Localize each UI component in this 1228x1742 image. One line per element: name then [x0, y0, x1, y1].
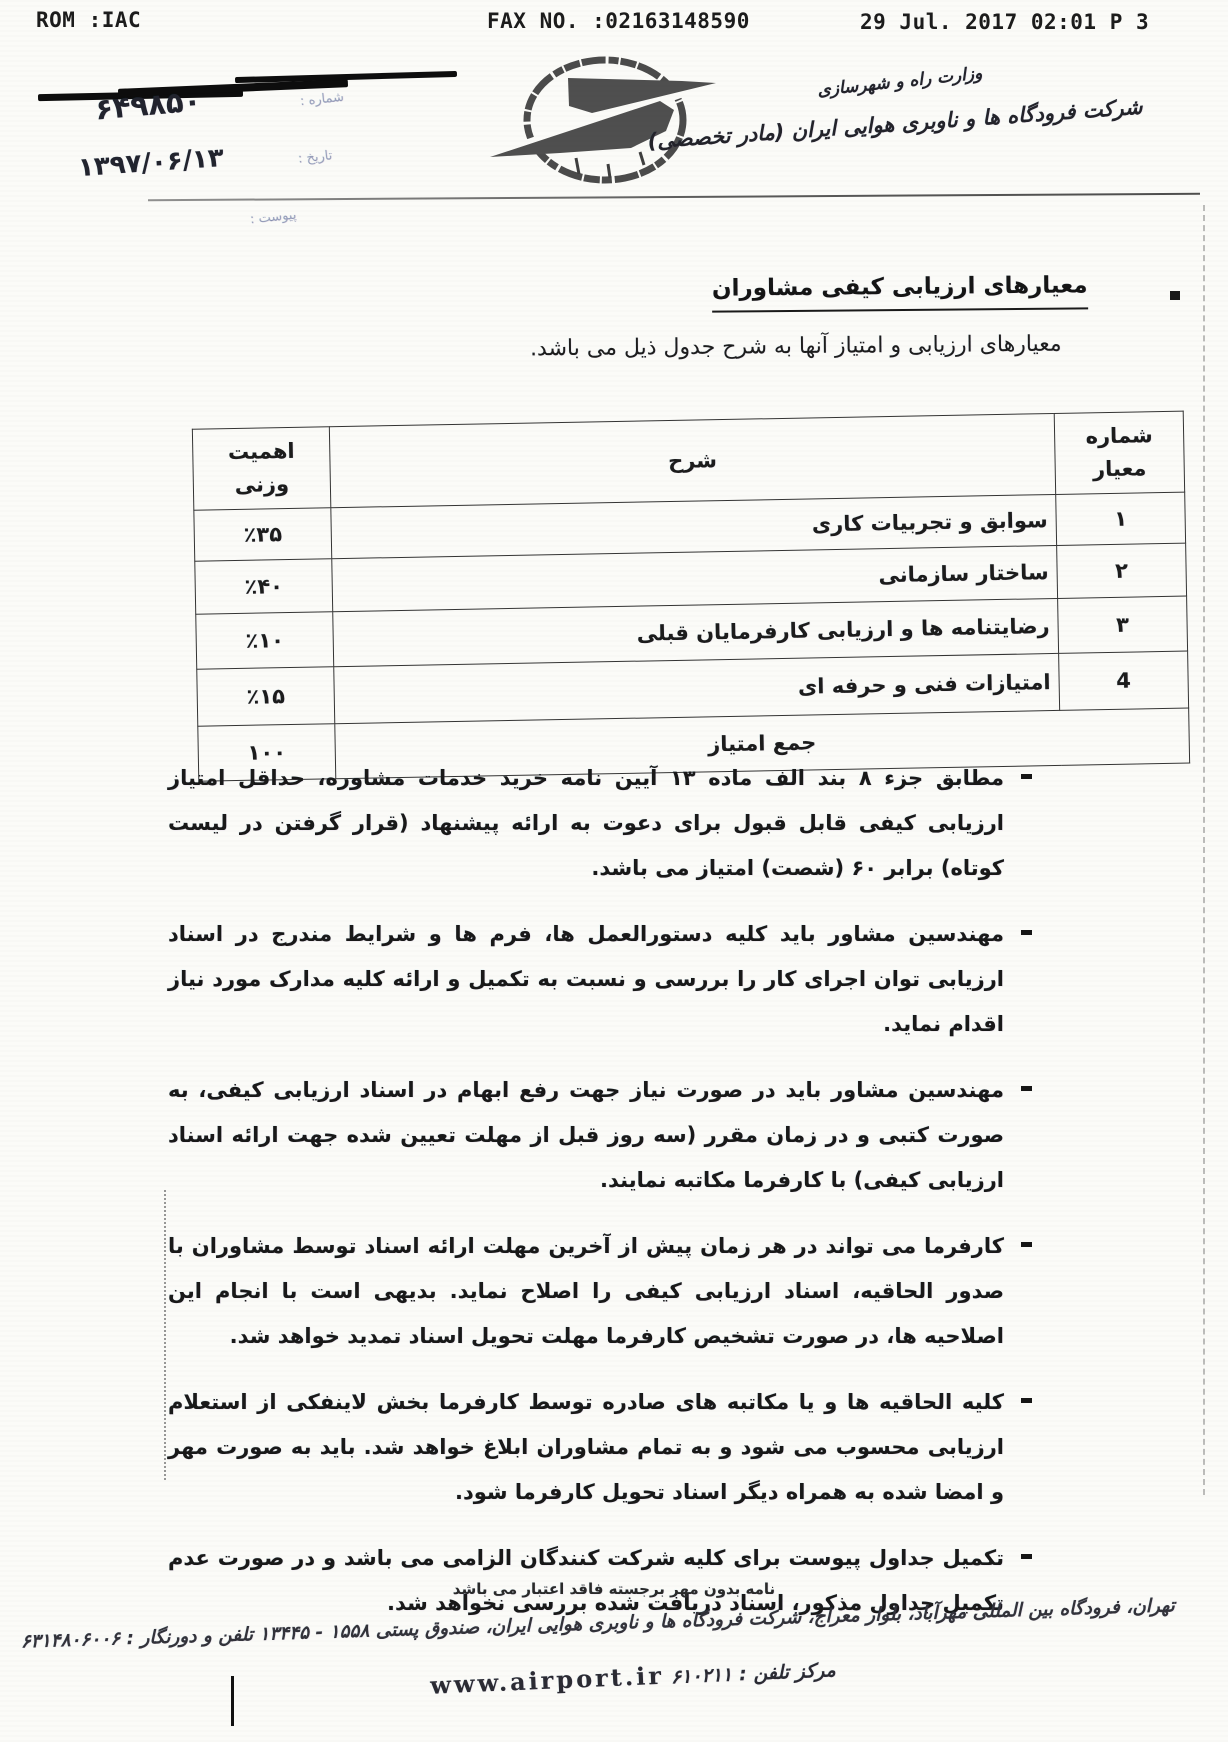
handwritten-letter-date: ۱۳۹۷/۰۶/۱۳ — [77, 143, 225, 183]
stamp-date-label: تاریخ : — [297, 148, 333, 167]
row4-number: 4 — [1059, 651, 1189, 710]
row1-weight: ٪۳۵ — [194, 508, 332, 562]
phone-center-label: مرکز تلفن : — [739, 1659, 837, 1685]
row3-weight: ٪۱۰ — [196, 612, 334, 670]
scan-artifact-tick — [231, 1676, 234, 1726]
stamp-attachment-label: پیوست : — [249, 208, 297, 228]
row2-weight: ٪۴۰ — [195, 559, 333, 615]
handwritten-letter-number: ۶۴۹۸۵۰ — [94, 83, 203, 126]
bullet-paragraph: مطابق جزء ۸ بند الف ماده ۱۳ آیین نامه خر… — [168, 756, 1034, 891]
iran-airports-company-logo-icon — [468, 52, 730, 198]
header-description: شرح — [329, 413, 1055, 507]
fax-page: ROM :IAC FAX NO. :02163148590 29 Jul. 20… — [0, 0, 1228, 1742]
fax-from: ROM :IAC — [36, 8, 141, 32]
letterhead-ministry: وزارت راه و شهرسازی — [817, 63, 984, 100]
bullet-paragraph: کلیه الحاقیه ها و یا مکاتبه های صادره تو… — [168, 1380, 1034, 1515]
seal-validity-note: نامه بدون مهر برجسته فاقد اعتبار می باشد — [0, 1580, 1228, 1598]
title-bullet-marker — [1170, 291, 1180, 300]
row1-number: ۱ — [1056, 492, 1186, 545]
stamp-number-label: شماره : — [299, 90, 344, 110]
intro-sentence: معیارهای ارزیابی و امتیاز آنها به شرح جد… — [530, 332, 1062, 362]
website-url: www.airport.ir — [430, 1661, 665, 1700]
criteria-table: شماره معیار شرح اهمیت وزنی ۱ سوابق و تجر… — [192, 411, 1152, 781]
terms-bullet-list: مطابق جزء ۸ بند الف ماده ۱۳ آیین نامه خر… — [168, 756, 1034, 1647]
section-title: معیارهای ارزیابی کیفی مشاوران — [712, 272, 1088, 312]
row2-number: ۲ — [1057, 543, 1187, 598]
fax-number: FAX NO. :02163148590 — [487, 9, 750, 33]
phone-website-line: مرکز تلفن : ۶۱۰۲۱۱ www.airport.ir — [430, 1653, 837, 1700]
header-criterion-number: شماره معیار — [1054, 411, 1184, 494]
phone-center-number: ۶۱۰۲۱۱ — [670, 1664, 732, 1689]
row3-number: ۳ — [1058, 596, 1188, 653]
bullet-paragraph: مهندسین مشاور باید کلیه دستورالعمل ها، ف… — [168, 912, 1034, 1047]
scan-artifact-margin-right — [1203, 205, 1205, 1495]
bullet-paragraph: مهندسین مشاور باید در صورت نیاز جهت رفع … — [168, 1068, 1034, 1203]
row4-weight: ٪۱۵ — [197, 667, 335, 727]
header-weight: اهمیت وزنی — [192, 427, 330, 510]
bullet-paragraph: کارفرما می تواند در هر زمان پیش از آخرین… — [168, 1224, 1034, 1359]
scan-artifact-margin-left — [164, 1190, 166, 1480]
fax-datetime: 29 Jul. 2017 02:01 P 3 — [860, 10, 1149, 34]
